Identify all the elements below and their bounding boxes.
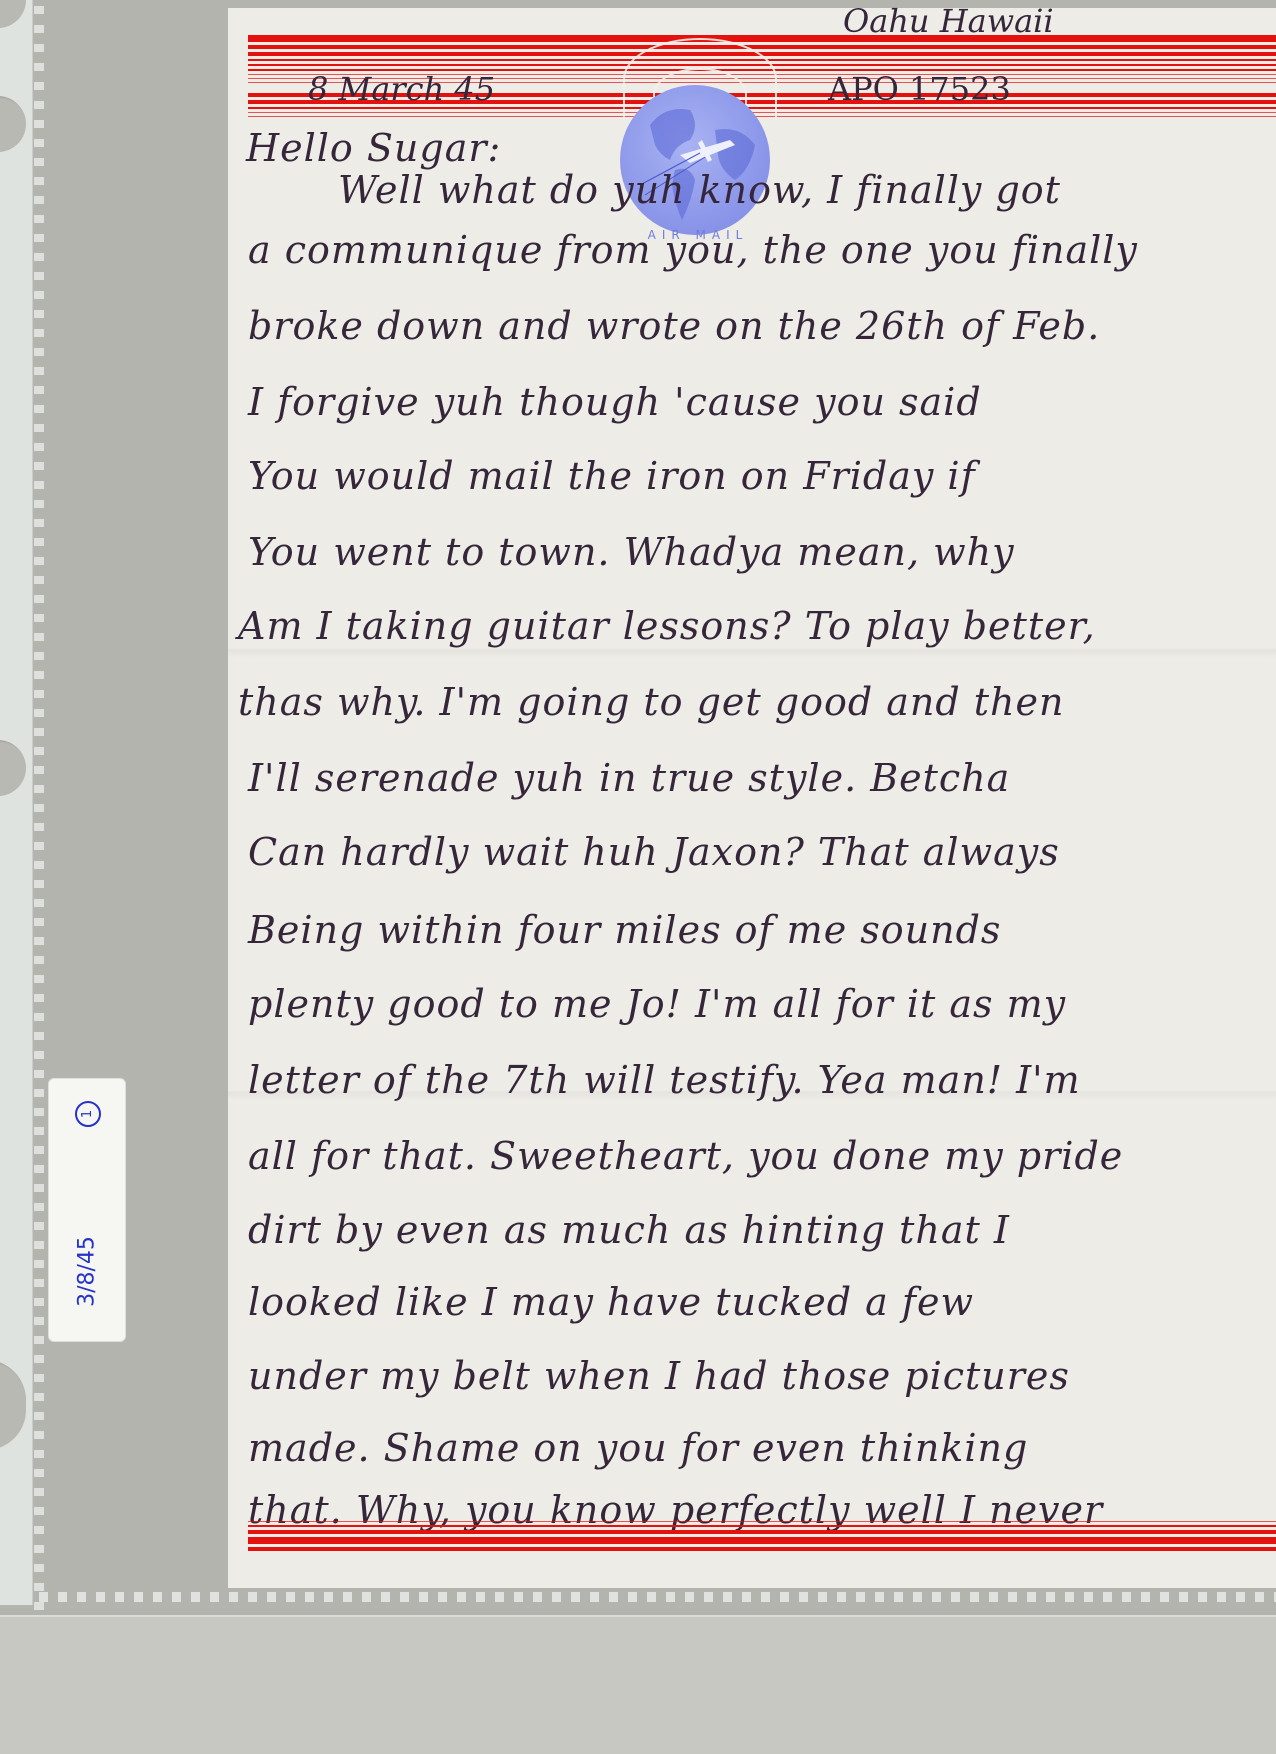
footer-stripes bbox=[248, 1521, 1276, 1554]
apo-number: APO 17523 bbox=[828, 70, 1011, 108]
punch-hole bbox=[0, 740, 26, 796]
letter-line: Am I taking guitar lessons? To play bett… bbox=[238, 604, 1096, 648]
letter-line: You went to town. Whadya mean, why bbox=[248, 530, 1015, 574]
letter-line: I'll serenade yuh in true style. Betcha bbox=[248, 756, 1010, 800]
letter-line: all for that. Sweetheart, you done my pr… bbox=[248, 1134, 1123, 1178]
punch-hole bbox=[0, 96, 26, 152]
letter-line: thas why. I'm going to get good and then bbox=[238, 680, 1064, 724]
letter-line: Can hardly wait huh Jaxon? That always bbox=[248, 830, 1060, 874]
letter-line: plenty good to me Jo! I'm all for it as … bbox=[248, 982, 1066, 1026]
globe-airplane-icon bbox=[620, 85, 770, 235]
binder-strip bbox=[0, 0, 33, 1605]
letter-line: Well what do yuh know, I finally got bbox=[338, 168, 1061, 212]
letter-line: broke down and wrote on the 26th of Feb. bbox=[248, 304, 1100, 348]
letter-line: You would mail the iron on Friday if bbox=[248, 454, 976, 498]
letter-line: under my belt when I had those pictures bbox=[248, 1354, 1070, 1398]
letter-line: Being within four miles of me sounds bbox=[248, 908, 1001, 952]
salutation: Hello Sugar: bbox=[246, 126, 501, 170]
sleeve-perforation-bottom bbox=[34, 1592, 1276, 1602]
letter-line: I forgive yuh though 'cause you said bbox=[248, 380, 982, 424]
letter-line: letter of the 7th will testify. Yea man!… bbox=[248, 1058, 1081, 1102]
page-number: 1 bbox=[75, 1101, 101, 1127]
letter-line: made. Shame on you for even thinking bbox=[248, 1426, 1028, 1470]
letter-line: dirt by even as much as hinting that I bbox=[248, 1208, 1010, 1252]
sleeve-perforation-left bbox=[34, 0, 44, 1612]
letter-line: a communique from you, the one you final… bbox=[248, 228, 1138, 272]
archive-date: 3/8/45 bbox=[75, 1222, 100, 1322]
letter-page: AIR MAIL Oahu Hawaii 8 March 45 APO 1752… bbox=[228, 8, 1276, 1588]
archive-tag: 1 3/8/45 bbox=[48, 1078, 126, 1342]
location: Oahu Hawaii bbox=[843, 2, 1054, 40]
letter-line: looked like I may have tucked a few bbox=[248, 1280, 974, 1324]
punch-hole bbox=[0, 0, 26, 28]
punch-hole bbox=[0, 1360, 26, 1450]
letter-date: 8 March 45 bbox=[308, 70, 495, 108]
